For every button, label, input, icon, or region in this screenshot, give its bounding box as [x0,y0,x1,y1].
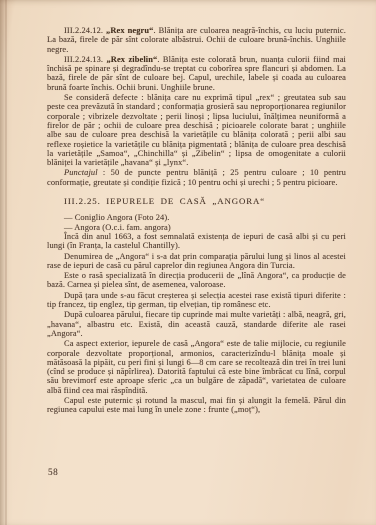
paragraph-text: Denumirea de „Angora“ i s-a dat prin com… [47,252,346,270]
paragraph-text: Încă din anul 1663, a fost semnalată exi… [47,232,346,250]
punctajul-italic: Punctajul [64,168,98,177]
section-number: III.2.24.13. [64,55,106,64]
paragraph-text: Se consideră defecte : blănița care nu e… [47,93,346,167]
paragraph-varietati: După culoarea părului, fiecare tip cupri… [47,310,346,338]
paragraph-punctaj: Punctajul : 50 de puncte pentru blăniță … [47,168,346,187]
paragraph-specializare: Este o rasă specializată în direcția pro… [47,271,346,290]
paragraph-defecte: Se consideră defecte : blănița care nu e… [47,93,346,167]
book-page: III.2.24.12. „Rex negru“. Blănița are cu… [0,0,376,525]
section-heading-angora: III.2.25. IEPURELE DE CASĂ „ANGORA“ [47,197,346,206]
scan-fold-line [5,0,7,525]
breed-name-bold: „Rex negru“ [106,26,153,35]
paragraph-rex-negru: III.2.24.12. „Rex negru“. Blănița are cu… [47,26,346,54]
breed-name-bold: „Rex zibelin“ [106,55,157,64]
paragraph-aspect-exterior: Ca aspect exterior, iepurele de casă „An… [47,339,346,395]
paragraph-text: După țara unde s-au făcut creșterea și s… [47,291,346,309]
paragraph-text: Capul este puternic și rotund la mascul,… [47,396,346,414]
paragraph-text: Ca aspect exterior, iepurele de casă „An… [47,339,346,394]
page-text-block: III.2.24.12. „Rex negru“. Blănița are cu… [47,26,346,416]
paragraph-tipuri: După țara unde s-au făcut creșterea și s… [47,291,346,310]
paragraph-istoric: Încă din anul 1663, a fost semnalată exi… [47,232,346,251]
paragraph-denumire: Denumirea de „Angora“ i s-a dat prin com… [47,252,346,271]
paragraph-text: Este o rasă specializată în direcția pro… [47,271,346,289]
page-number: 58 [48,467,58,477]
paragraph-rex-zibelin: III.2.24.13. „Rex zibelin“. Blănița este… [47,55,346,92]
synonym-list-item: — Coniglio Angora (Foto 24). [47,213,346,222]
paragraph-text: După culoarea părului, fiecare tip cupri… [47,310,346,338]
paragraph-capul: Capul este puternic și rotund la mascul,… [47,396,346,415]
synonym-list-item: — Angora (O.c.i. fam. angora) [47,223,346,232]
section-number: III.2.24.12. [64,26,106,35]
